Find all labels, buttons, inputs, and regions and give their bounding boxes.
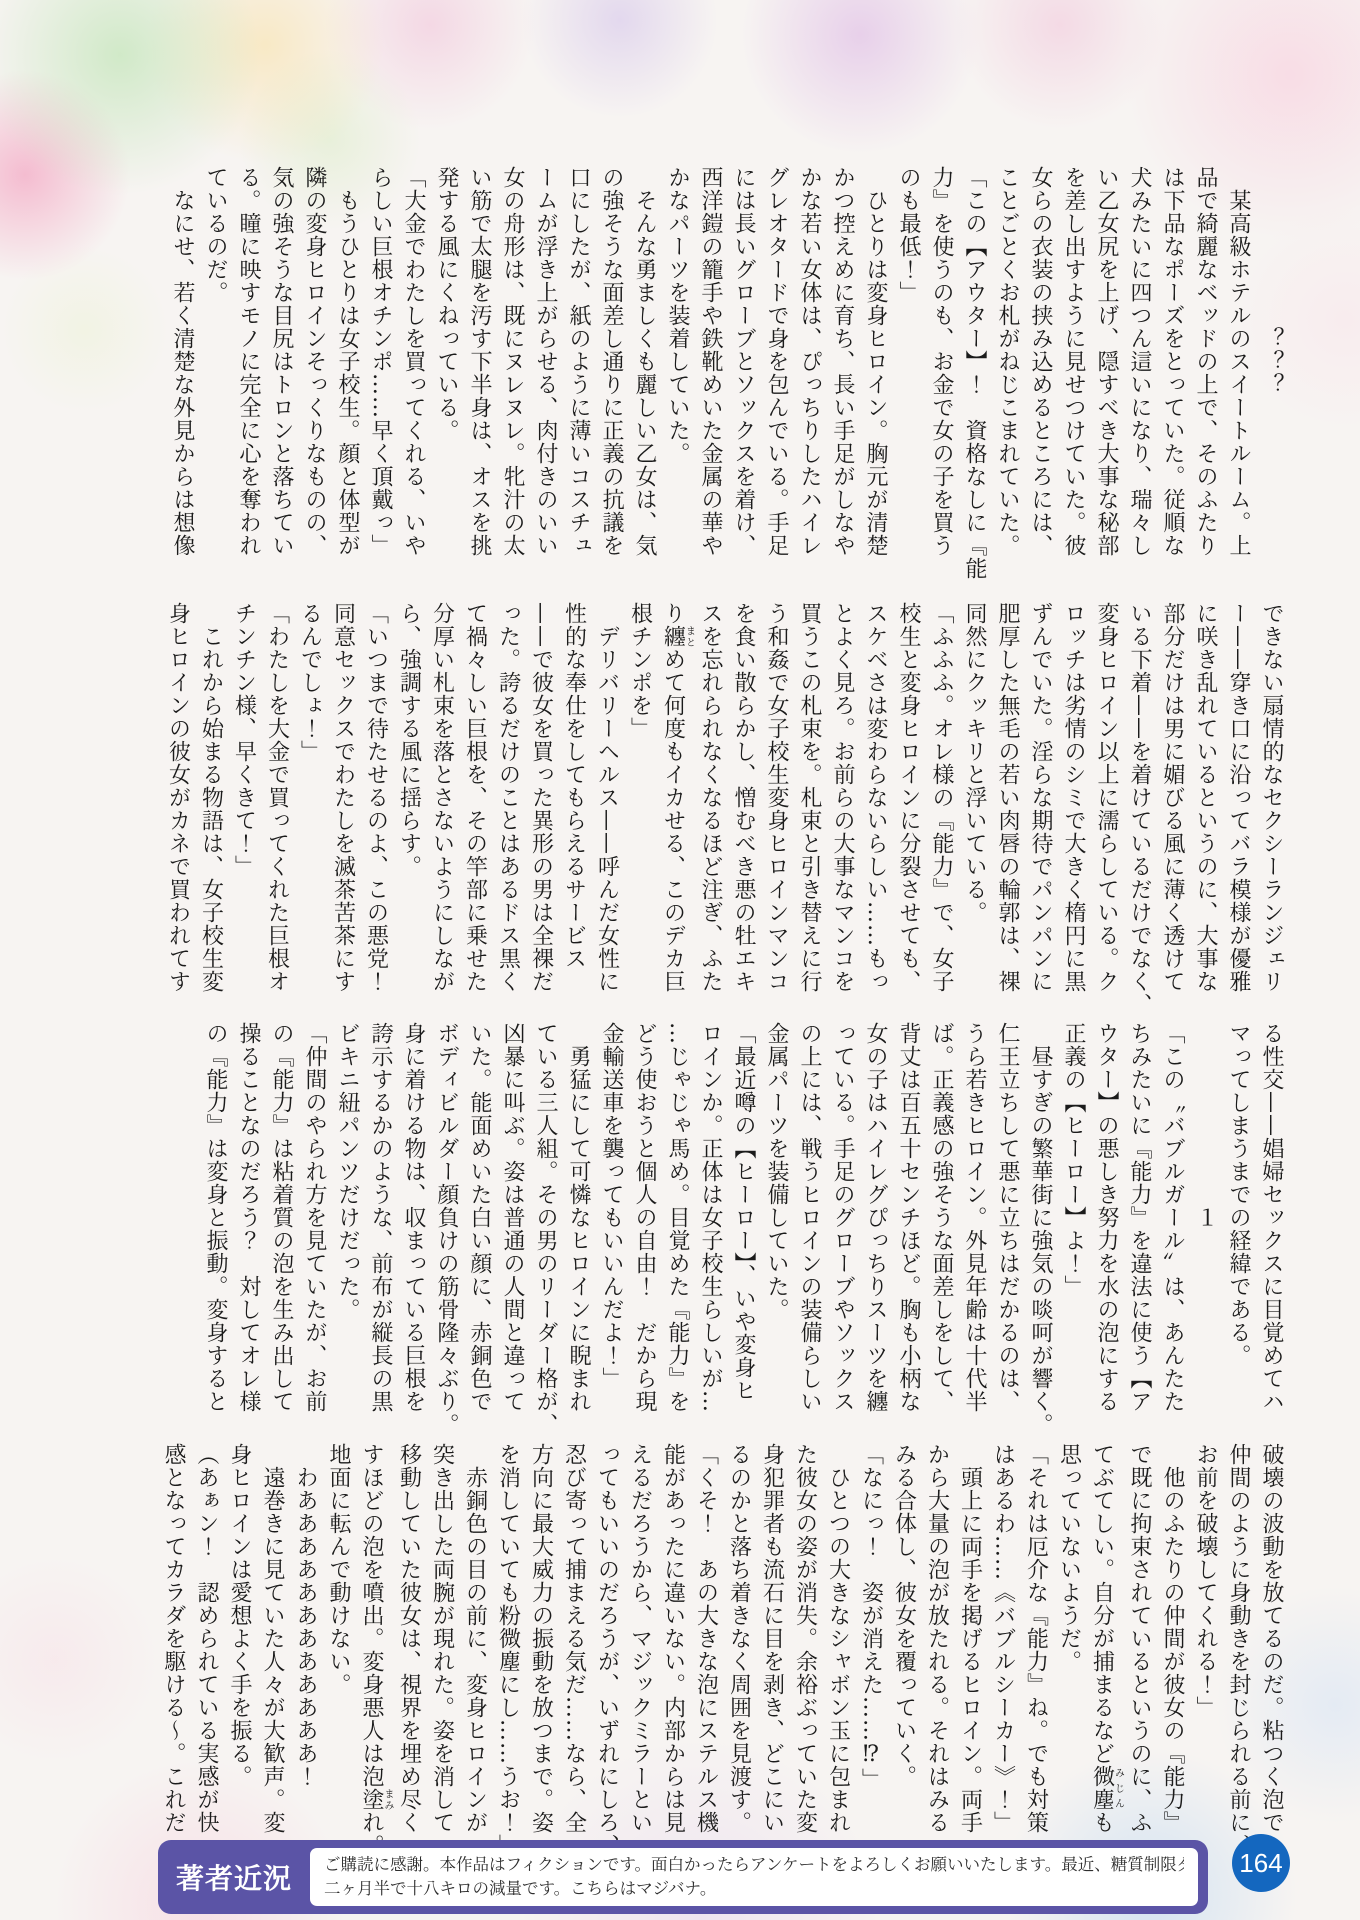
text-line: とよく見ろ。お前らの大事なマンコを <box>826 602 859 994</box>
text-line: るんでしょ！」 <box>294 602 327 994</box>
text-line: は下品なポーズをとっていた。従順な <box>1156 166 1189 558</box>
author-note-line-2: 二ヶ月半で十八キロの減量です。こちらはマジバナ。 <box>324 1877 1184 1901</box>
text-line: り纏まとめて何度もイカせる、このデカ巨 <box>657 602 695 994</box>
text-line: 思っていないようだ。 <box>1053 1443 1086 1835</box>
text-line: ちみたいに『能力』を違法に使う【ア <box>1123 1022 1156 1414</box>
text-line: 「最近噂の【ヒーロー】、いや変身ヒ <box>727 1022 760 1414</box>
text-line: 同意セックスでわたしを滅茶苦茶にす <box>327 602 360 994</box>
text-line: はあるわ……《バブルシーカー》！」 <box>987 1443 1020 1835</box>
text-line: ームが浮き上がらせる、肉付きのいい <box>529 166 562 558</box>
text-line: 「わたしを大金で買ってくれた巨根オ <box>261 602 294 994</box>
text-line: 根チンポを」 <box>624 602 657 994</box>
text-line: 身ヒロインは愛想よく手を振る。 <box>223 1443 256 1835</box>
text-line: お前を破壊してくれる！」 <box>1189 1443 1222 1835</box>
text-line: 操ることなのだろう？ 対してオレ様 <box>232 1022 265 1414</box>
text-line: 「なにっ！ 姿が消えた……⁉」 <box>855 1443 888 1835</box>
text-line: に咲き乱れているというのに、大事な <box>1189 602 1222 994</box>
text-line: スケベさは変わらないらしい……もっ <box>859 602 892 994</box>
page-number-badge: 164 <box>1232 1834 1290 1892</box>
text-line: デリバリーヘルス——呼んだ女性に <box>591 602 624 994</box>
text-line: どう使おうと個人の自由！ だから現 <box>628 1022 661 1414</box>
text-line: 背丈は百五十センチほど。胸も小柄な <box>892 1022 925 1414</box>
text-line: みる合体し、彼女を覆っていく。 <box>888 1443 921 1835</box>
text-line: の『能力』は粘着質の泡を生み出して <box>265 1022 298 1414</box>
text-line: 西洋鎧の籠手や鉄靴めいた金属の華や <box>694 166 727 558</box>
text-band-1: ？？？ 某高級ホテルのスイートルーム。上品で綺麗なベッドの上で、そのふたりは下品… <box>166 166 1288 558</box>
text-line: ば。正義感の強そうな面差しをして、 <box>925 1022 958 1414</box>
text-line: 身犯罪者も流石に目を剥き、どこにい <box>756 1443 789 1835</box>
text-line: 女の舟形は、既にヌレヌレ。牝汁の太 <box>496 166 529 558</box>
text-line: 赤銅色の目の前に、変身ヒロインが <box>459 1443 492 1835</box>
text-line: マってしまうまでの経緯である。 <box>1222 1022 1255 1414</box>
text-line: ひとつの大きなシャボン玉に包まれ <box>822 1443 855 1835</box>
text-line: 方向に最大威力の振動を放つまで。姿 <box>525 1443 558 1835</box>
text-line: 突き出した両腕が現れた。姿を消して <box>426 1443 459 1835</box>
text-line: ひとりは変身ヒロイン。胸元が清楚 <box>859 166 892 558</box>
text-line: ら、強調する風に揺らす。 <box>393 602 426 994</box>
text-line: 頭上に両手を掲げるヒロイン。両手 <box>954 1443 987 1835</box>
text-line: 「それは厄介な『能力』ね。でも対策 <box>1020 1443 1053 1835</box>
text-line: チンチン様、早くきて！」 <box>228 602 261 994</box>
text-line: るのかと落ち着きなく周囲を見渡す。 <box>723 1443 756 1835</box>
text-line: 忍び寄って捕まえる気だ……なら、全 <box>558 1443 591 1835</box>
text-line: ビキニ紐パンツだけだった。 <box>331 1022 364 1414</box>
author-note-text: ご購読に感謝。本作品はフィクションです。面白かったらアンケートをよろしくお願いい… <box>310 1848 1198 1906</box>
text-line: てぶてしい。自分が捕まるなど微塵みじんも <box>1086 1443 1124 1835</box>
text-line: 女らの衣装の挟み込めるところには、 <box>1024 166 1057 558</box>
text-line: なにせ、若く清楚な外見からは想像 <box>166 166 199 558</box>
text-line: から大量の泡が放たれる。それはみる <box>921 1443 954 1835</box>
text-line: ってもいいのだろうが、いずれにしろ、 <box>591 1443 624 1835</box>
text-line: すほどの泡を噴出。変身悪人は泡塗まみれ。 <box>355 1443 393 1835</box>
text-line: 他のふたりの仲間が彼女の『能力』 <box>1156 1443 1189 1835</box>
text-line: 仁王立ちして悪に立ちはだかるのは、 <box>991 1022 1024 1414</box>
text-line: 身ヒロインの彼女がカネで買われてす <box>162 602 195 994</box>
text-line: た彼女の姿が消失。余裕ぶっていた変 <box>789 1443 822 1835</box>
text-line: わああああああああああああ！ <box>289 1443 322 1835</box>
text-line: 性的な奉仕をしてもらえるサービス <box>558 602 591 994</box>
text-line: 校生と変身ヒロインに分裂させても、 <box>892 602 925 994</box>
text-line: 某高級ホテルのスイートルーム。上 <box>1222 166 1255 558</box>
text-line: かな若い女体は、ぴっちりしたハイレ <box>793 166 826 558</box>
text-line: いる下着——を着けているだけでなく、 <box>1123 602 1156 994</box>
text-line: 「いつまで待たせるのよ、この悪党！ <box>360 602 393 994</box>
text-line: ている三人組。その男のリーダー格が、 <box>529 1022 562 1414</box>
text-line: 移動していた彼女は、視界を埋め尽く <box>393 1443 426 1835</box>
book-page: ？？？ 某高級ホテルのスイートルーム。上品で綺麗なベッドの上で、そのふたりは下品… <box>0 0 1360 1920</box>
text-line: の強そうな面差し通りに正義の抗議を <box>595 166 628 558</box>
text-line: 金属パーツを装備していた。 <box>760 1022 793 1414</box>
text-line: る。瞳に映すモノに完全に心を奪われ <box>232 166 265 558</box>
author-note-label: 著者近況 <box>158 1840 310 1914</box>
text-line: 正義の【ヒーロー】よ！」 <box>1057 1022 1090 1414</box>
text-line: のも最低！」 <box>892 166 925 558</box>
text-line: 女の子はハイレグぴっちりスーツを纏 <box>859 1022 892 1414</box>
text-line: を消していても粉微塵にし……うお！」 <box>492 1443 525 1835</box>
text-line: で既に拘束されているというのに、ふ <box>1123 1443 1156 1835</box>
text-line: 口にしたが、紙のように薄いコスチュ <box>562 166 595 558</box>
text-line: できない扇情的なセクシーランジェリ <box>1255 602 1288 994</box>
text-line: を差し出すように見せつけていた。彼 <box>1057 166 1090 558</box>
text-line: 買うこの札束を。札束と引き替えに行 <box>793 602 826 994</box>
text-line: スを忘れられなくなるほど注ぎ、ふた <box>694 602 727 994</box>
text-line: いた。能面めいた白い顔に、赤銅色で <box>463 1022 496 1414</box>
text-line: 部分だけは男に媚びる風に薄く透けて <box>1156 602 1189 994</box>
text-line: （あぁン！ 認められている実感が快 <box>190 1443 223 1835</box>
text-line: 品で綺麗なベッドの上で、そのふたり <box>1189 166 1222 558</box>
text-line: 「この〝バブルガール〟は、あんたた <box>1156 1022 1189 1414</box>
text-line: い筋で太腿を汚す下半身は、オスを挑 <box>463 166 496 558</box>
text-line: て禍々しい巨根を、その竿部に乗せた <box>459 602 492 994</box>
text-line: 能があったに違いない。内部からは見 <box>657 1443 690 1835</box>
text-line: 金輸送車を襲ってもいいんだよ！」 <box>595 1022 628 1414</box>
text-line: 身に着ける物は、収まっている巨根を <box>397 1022 430 1414</box>
text-line: かなパーツを装着していた。 <box>661 166 694 558</box>
text-line: 地面に転んで動けない。 <box>322 1443 355 1835</box>
text-line: かつ控えめに育ち、長い手足がしなや <box>826 166 859 558</box>
text-line: の『能力』は変身と振動。変身すると <box>199 1022 232 1414</box>
text-line: えるだろうから、マジックミラーとい <box>624 1443 657 1835</box>
text-band-4: 破壊の波動を放てるのだ。粘つく泡で仲間のように身動きを封じられる前に、お前を破壊… <box>157 1443 1288 1835</box>
text-line: ているのだ。 <box>199 166 232 558</box>
text-line: を食い散らかし、憎むべき悪の牡エキ <box>727 602 760 994</box>
text-line: グレオタードで身を包んでいる。手足 <box>760 166 793 558</box>
text-line: 犬みたいに四つん這いになり、瑞々し <box>1123 166 1156 558</box>
text-band-3: る性交——娼婦セックスに目覚めてハマってしまうまでの経緯である。 １「この〝バブ… <box>199 1022 1288 1414</box>
text-line: 感となってカラダを駆ける〜。これだ <box>157 1443 190 1835</box>
text-line: ロッチは劣情のシミで大きく楕円に黒 <box>1057 602 1090 994</box>
text-band-2: できない扇情的なセクシーランジェリー——穿き口に沿ってバラ模様が優雅に咲き乱れて… <box>162 602 1289 994</box>
text-line: ——で彼女を買った異形の男は全裸だ <box>525 602 558 994</box>
text-line: 肥厚した無毛の若い肉唇の輪郭は、裸 <box>991 602 1024 994</box>
text-line: っている。手足のグローブやソックス <box>826 1022 859 1414</box>
text-line: １ <box>1189 1022 1222 1414</box>
author-note-line-1: ご購読に感謝。本作品はフィクションです。面白かったらアンケートをよろしくお願いい… <box>324 1853 1184 1877</box>
text-line: 凶暴に叫ぶ。姿は普通の人間と違って <box>496 1022 529 1414</box>
text-line: 「仲間のやられ方を見ていたが、お前 <box>298 1022 331 1414</box>
text-line: ウター】の悪しき努力を水の泡にする <box>1090 1022 1123 1414</box>
text-line: そんな勇ましくも麗しい乙女は、気 <box>628 166 661 558</box>
text-line: もうひとりは女子校生。顔と体型が <box>331 166 364 558</box>
text-line: 気の強そうな目尻はトロンと落ちてい <box>265 166 298 558</box>
text-line: ？？？ <box>1255 166 1288 558</box>
text-line: 「くそ！ あの大きな泡にステルス機 <box>690 1443 723 1835</box>
text-line: 隣の変身ヒロインそっくりなものの、 <box>298 166 331 558</box>
text-line: うら若きヒロイン。外見年齢は十代半 <box>958 1022 991 1414</box>
text-line: の上には、戦うヒロインの装備らしい <box>793 1022 826 1414</box>
text-line: ボディビルダー顔負けの筋骨隆々ぶり。 <box>430 1022 463 1414</box>
text-line: これから始まる物語は、女子校生変 <box>195 602 228 994</box>
text-line: 分厚い札束を落とさないようにしなが <box>426 602 459 994</box>
text-line: 誇示するかのような、前布が縦長の黒 <box>364 1022 397 1414</box>
text-line: 発する風にくねっている。 <box>430 166 463 558</box>
text-line: った。誇るだけのことはあるドス黒く <box>492 602 525 994</box>
text-line: 破壊の波動を放てるのだ。粘つく泡で <box>1255 1443 1288 1835</box>
text-line: 変身ヒロイン以上に濡らしている。ク <box>1090 602 1123 994</box>
text-line: らしい巨根オチンポ……早く頂戴っ」 <box>364 166 397 558</box>
text-line: ー——穿き口に沿ってバラ模様が優雅 <box>1222 602 1255 994</box>
text-line: ロインか。正体は女子校生らしいが… <box>694 1022 727 1414</box>
text-line: 仲間のように身動きを封じられる前に、 <box>1222 1443 1255 1835</box>
text-line: ことごとくお札がねじこまれていた。 <box>991 166 1024 558</box>
text-line: 遠巻きに見ていた人々が大歓声。変 <box>256 1443 289 1835</box>
text-line: 「この【アウター】！ 資格なしに『能 <box>958 166 991 558</box>
text-line: 同然にクッキリと浮いている。 <box>958 602 991 994</box>
text-line: 力』を使うのも、お金で女の子を買う <box>925 166 958 558</box>
text-line: ずんでいた。淫らな期待でパンパンに <box>1024 602 1057 994</box>
text-line: 「ふふふ。オレ様の『能力』で、女子 <box>925 602 958 994</box>
text-line: 昼すぎの繁華街に強気の啖呵が響く。 <box>1024 1022 1057 1414</box>
text-line: …じゃじゃ馬め。目覚めた『能力』を <box>661 1022 694 1414</box>
text-line: る性交——娼婦セックスに目覚めてハ <box>1255 1022 1288 1414</box>
author-note-bar: 著者近況 ご購読に感謝。本作品はフィクションです。面白かったらアンケートをよろし… <box>158 1840 1208 1914</box>
text-line: 「大金でわたしを買ってくれる、いや <box>397 166 430 558</box>
text-line: 勇猛にして可憐なヒロインに睨まれ <box>562 1022 595 1414</box>
text-line: う和姦で女子校生変身ヒロインマンコ <box>760 602 793 994</box>
text-line: には長いグローブとソックスを着け、 <box>727 166 760 558</box>
text-line: い乙女尻を上げ、隠すべき大事な秘部 <box>1090 166 1123 558</box>
